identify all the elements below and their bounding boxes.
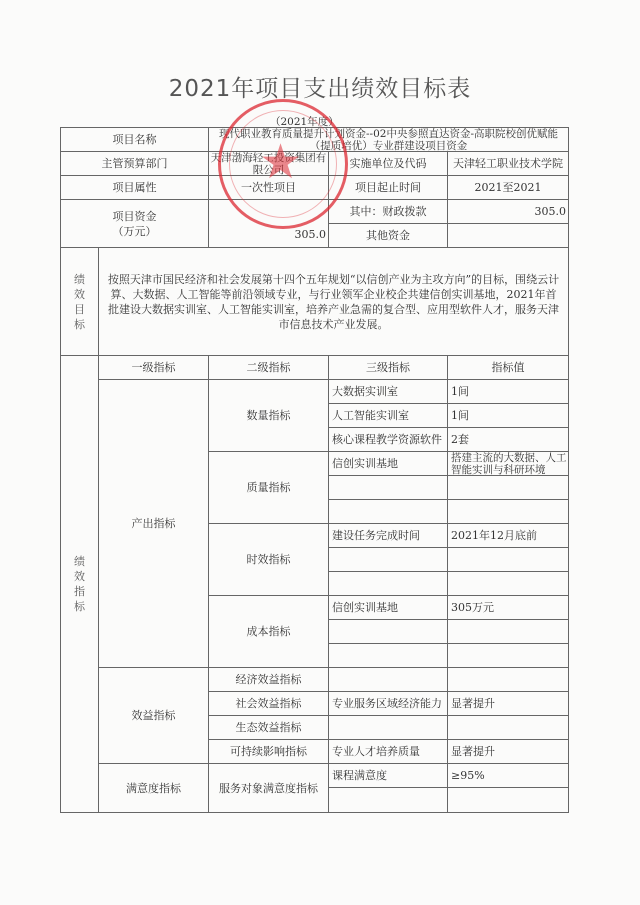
header-value: 指标值 — [447, 355, 569, 380]
dept-label: 主管预算部门 — [60, 151, 209, 176]
value-cell: 1间 — [447, 379, 569, 404]
l3-cell — [328, 475, 448, 500]
value-cell — [447, 475, 569, 500]
value-cell: 显著提升 — [447, 739, 569, 764]
attr-label: 项目属性 — [60, 175, 209, 200]
funds-total: 305.0 — [208, 199, 329, 248]
impl-value: 天津轻工职业技术学院 — [447, 151, 569, 176]
value-cell: 显著提升 — [447, 691, 569, 716]
level2-social: 社会效益指标 — [208, 691, 329, 716]
value-cell — [447, 787, 569, 813]
l3-cell: 专业人才培养质量 — [328, 739, 448, 764]
l3-cell: 课程满意度 — [328, 763, 448, 788]
value-cell — [447, 667, 569, 692]
value-cell: 2021年12月底前 — [447, 523, 569, 548]
value-cell — [447, 571, 569, 596]
l3-cell — [328, 667, 448, 692]
value-cell — [447, 715, 569, 740]
l3-cell: 专业服务区域经济能力 — [328, 691, 448, 716]
dept-value: 天津渤海轻工投资集团有限公司 — [208, 151, 329, 176]
fiscal-value: 305.0 — [447, 199, 569, 224]
l3-cell: 信创实训基地 — [328, 595, 448, 620]
goals-label: 绩 效 目 标 — [60, 247, 99, 356]
level2-timeliness: 时效指标 — [208, 523, 329, 596]
indicators-label: 绩 效 指 标 — [60, 355, 99, 813]
header-level3: 三级指标 — [328, 355, 448, 380]
value-cell — [447, 643, 569, 668]
l3-cell: 信创实训基地 — [328, 451, 448, 476]
level2-economic: 经济效益指标 — [208, 667, 329, 692]
period-value: 2021至2021 — [447, 175, 569, 200]
l3-cell: 大数据实训室 — [328, 379, 448, 404]
project-name-label: 项目名称 — [60, 127, 209, 152]
level2-sustainable: 可持续影响指标 — [208, 739, 329, 764]
attr-value: 一次性项目 — [208, 175, 329, 200]
l3-cell — [328, 571, 448, 596]
page-title: 2021年项目支出绩效目标表 — [0, 70, 640, 103]
l3-cell — [328, 715, 448, 740]
value-cell: 305万元 — [447, 595, 569, 620]
header-level1: 一级指标 — [98, 355, 209, 380]
value-cell: 2套 — [447, 427, 569, 452]
value-cell: ≥95% — [447, 763, 569, 788]
l3-cell — [328, 787, 448, 813]
value-cell: 1间 — [447, 403, 569, 428]
value-cell — [447, 499, 569, 524]
level2-quality: 质量指标 — [208, 451, 329, 524]
level2-quantity: 数量指标 — [208, 379, 329, 452]
level1-output: 产出指标 — [98, 379, 209, 668]
l3-cell — [328, 547, 448, 572]
project-name-value: 现代职业教育质量提升计划资金--02中央参照直达资金-高职院校创优赋能（提质培优… — [208, 127, 569, 152]
funds-label: 项目资金 （万元） — [60, 199, 209, 248]
period-label: 项目起止时间 — [328, 175, 448, 200]
l3-cell: 人工智能实训室 — [328, 403, 448, 428]
level2-satisfaction: 服务对象满意度指标 — [208, 763, 329, 813]
header-level2: 二级指标 — [208, 355, 329, 380]
value-cell — [447, 619, 569, 644]
fiscal-label: 其中：财政拨款 — [328, 199, 448, 224]
level2-ecological: 生态效益指标 — [208, 715, 329, 740]
l3-cell — [328, 619, 448, 644]
level2-cost: 成本指标 — [208, 595, 329, 668]
l3-cell: 核心课程教学资源软件 — [328, 427, 448, 452]
l3-cell: 建设任务完成时间 — [328, 523, 448, 548]
other-value — [447, 223, 569, 248]
l3-cell — [328, 499, 448, 524]
goals-text: 按照天津市国民经济和社会发展第十四个五年规划“以信创产业为主攻方向”的目标，围绕… — [98, 247, 569, 356]
value-cell: 搭建主流的大数据、人工智能实训与科研环境 — [447, 451, 569, 476]
level1-satisfaction: 满意度指标 — [98, 763, 209, 813]
level1-benefit: 效益指标 — [98, 667, 209, 764]
impl-label: 实施单位及代码 — [328, 151, 448, 176]
other-label: 其他资金 — [328, 223, 448, 248]
l3-cell — [328, 643, 448, 668]
value-cell — [447, 547, 569, 572]
